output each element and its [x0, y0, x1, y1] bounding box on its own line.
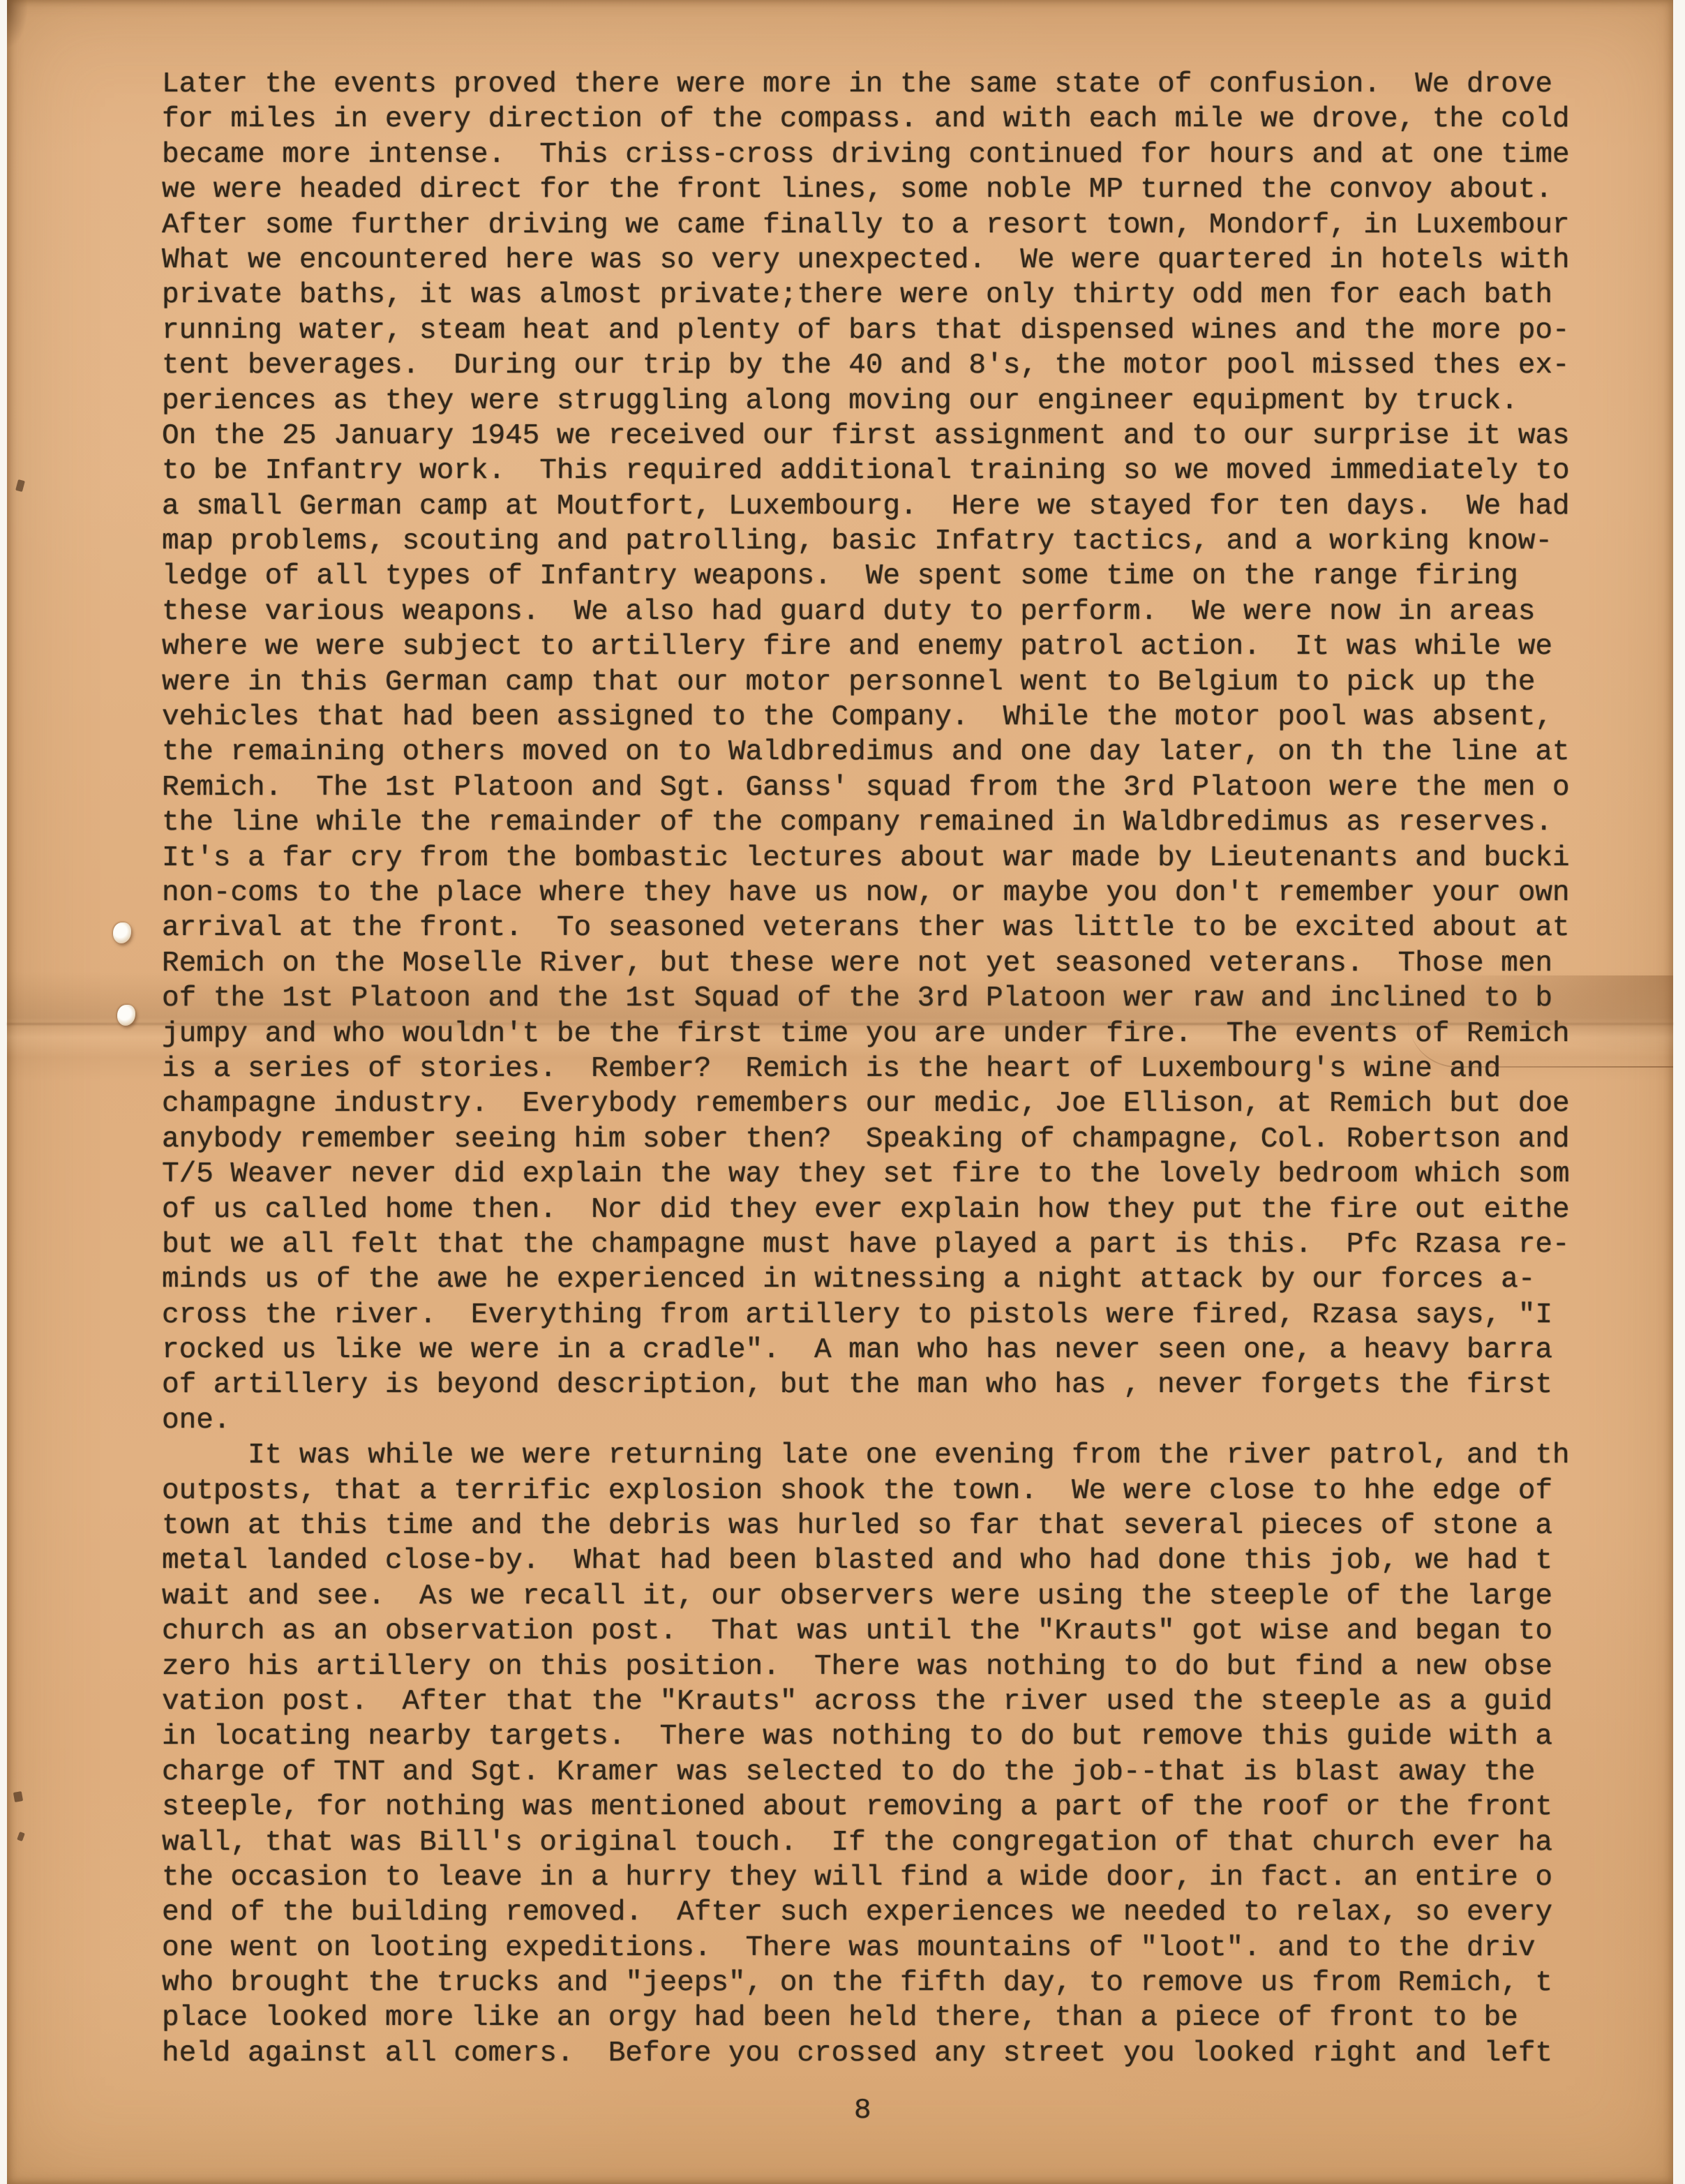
text-line: a small German camp at Moutfort, Luxembo…	[162, 489, 1641, 524]
text-line: of us called home then. Nor did they eve…	[162, 1192, 1641, 1227]
text-line: who brought the trucks and "jeeps", on t…	[162, 1966, 1641, 2000]
text-line: arrival at the front. To seasoned vetera…	[162, 911, 1641, 945]
text-line: but we all felt that the champagne must …	[162, 1227, 1641, 1262]
page-number: 8	[854, 2095, 871, 2127]
text-line: charge of TNT and Sgt. Kramer was select…	[162, 1755, 1641, 1790]
text-line: It was while we were returning late one …	[162, 1438, 1641, 1473]
text-line: steeple, for nothing was mentioned about…	[162, 1790, 1641, 1825]
edge-mark	[15, 479, 25, 492]
text-line: end of the building removed. After such …	[162, 1895, 1641, 1930]
text-line: non-coms to the place where they have us…	[162, 876, 1641, 911]
text-line: one went on looting expeditions. There w…	[162, 1931, 1641, 1966]
text-line: is a series of stories. Rember? Remich i…	[162, 1052, 1641, 1086]
text-line: metal landed close-by. What had been bla…	[162, 1543, 1641, 1578]
text-line: anybody remember seeing him sober then? …	[162, 1122, 1641, 1157]
text-line: Remich. The 1st Platoon and Sgt. Ganss' …	[162, 770, 1641, 805]
text-line: running water, steam heat and plenty of …	[162, 313, 1641, 348]
text-line: these various weapons. We also had guard…	[162, 594, 1641, 629]
text-line: vehicles that had been assigned to the C…	[162, 700, 1641, 735]
text-line: the remaining others moved on to Waldbre…	[162, 735, 1641, 770]
text-line: we were headed direct for the front line…	[162, 172, 1641, 207]
text-line: place looked more like an orgy had been …	[162, 2000, 1641, 2035]
paper-sheet: Later the events proved there were more …	[7, 0, 1673, 2184]
text-line: for miles in every direction of the comp…	[162, 102, 1641, 137]
document-text: Later the events proved there were more …	[162, 67, 1641, 2071]
text-line: After some further driving we came final…	[162, 208, 1641, 243]
text-line: of artillery is beyond description, but …	[162, 1368, 1641, 1403]
text-line: periences as they were struggling along …	[162, 384, 1641, 419]
scanned-page: Later the events proved there were more …	[0, 0, 1685, 2184]
text-line: town at this time and the debris was hur…	[162, 1509, 1641, 1543]
corner-smudge	[7, 0, 39, 63]
text-line: Later the events proved there were more …	[162, 67, 1641, 102]
edge-mark	[17, 1832, 25, 1841]
text-line: where we were subject to artillery fire …	[162, 629, 1641, 664]
text-line: to be Infantry work. This required addit…	[162, 454, 1641, 488]
text-line: the line while the remainder of the comp…	[162, 805, 1641, 840]
text-line: minds us of the awe he experienced in wi…	[162, 1262, 1641, 1297]
text-line: private baths, it was almost private;the…	[162, 278, 1641, 313]
text-line: one.	[162, 1403, 1641, 1438]
text-line: On the 25 January 1945 we received our f…	[162, 419, 1641, 454]
text-line: jumpy and who wouldn't be the first time…	[162, 1017, 1641, 1052]
text-line: rocked us like we were in a cradle". A m…	[162, 1333, 1641, 1368]
punch-hole	[113, 922, 131, 943]
text-line: outposts, that a terrific explosion shoo…	[162, 1474, 1641, 1509]
text-line: Remich on the Moselle River, but these w…	[162, 946, 1641, 981]
text-line: in locating nearby targets. There was no…	[162, 1719, 1641, 1754]
text-line: wall, that was Bill's original touch. If…	[162, 1825, 1641, 1860]
text-line: were in this German camp that our motor …	[162, 665, 1641, 700]
text-line: ledge of all types of Infantry weapons. …	[162, 559, 1641, 594]
text-line: vation post. After that the "Krauts" acr…	[162, 1684, 1641, 1719]
text-line: held against all comers. Before you cros…	[162, 2036, 1641, 2071]
text-line: church as an observation post. That was …	[162, 1614, 1641, 1649]
text-line: wait and see. As we recall it, our obser…	[162, 1579, 1641, 1614]
text-line: map problems, scouting and patrolling, b…	[162, 524, 1641, 559]
edge-mark	[13, 1791, 23, 1802]
text-line: tent beverages. During our trip by the 4…	[162, 348, 1641, 383]
text-line: cross the river. Everything from artille…	[162, 1298, 1641, 1333]
text-line: the occasion to leave in a hurry they wi…	[162, 1860, 1641, 1895]
text-line: What we encountered here was so very une…	[162, 243, 1641, 278]
text-line: T/5 Weaver never did explain the way the…	[162, 1157, 1641, 1192]
text-line: became more intense. This criss-cross dr…	[162, 137, 1641, 172]
text-line: It's a far cry from the bombastic lectur…	[162, 841, 1641, 876]
text-line: champagne industry. Everybody remembers …	[162, 1086, 1641, 1121]
text-line: zero his artillery on this position. The…	[162, 1650, 1641, 1684]
text-line: of the 1st Platoon and the 1st Squad of …	[162, 981, 1641, 1016]
